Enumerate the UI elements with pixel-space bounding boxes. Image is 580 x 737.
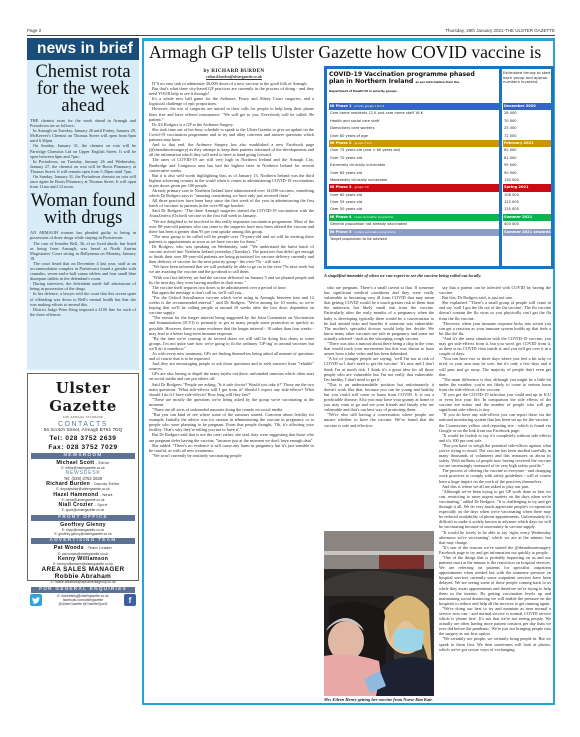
- story-paragraph: She added: "There's no evidence it will …: [149, 443, 314, 453]
- story-paragraph: "It would be lovely to be able to say 'r…: [439, 530, 551, 545]
- brief-paragraph: During interview, the defendant made ful…: [27, 281, 139, 291]
- group-number: 125 000: [503, 199, 551, 206]
- story-paragraph: "This is an understandable position but …: [324, 382, 434, 413]
- story-paragraph: say that a patient can be infected with …: [439, 285, 551, 295]
- group-number: [503, 236, 551, 243]
- brief-stories: Chemist rota for the week aheadTHE chemi…: [27, 64, 139, 317]
- phase-row: NI Phase 5routine vaccination programme: [329, 229, 499, 236]
- facebook-icon[interactable]: f: [124, 594, 136, 606]
- brief-paragraph: In Armagh on Tuesday, January 26 until F…: [27, 128, 139, 143]
- story-paragraph: "The next group to be called will be peo…: [149, 234, 314, 244]
- phase-row: NI Phase 2groups 3 to 6: [329, 140, 499, 147]
- group-row: Over 50 years old: [329, 206, 499, 213]
- brief-paragraph: AN ARMAGH woman has pleaded guilty to be…: [27, 230, 139, 240]
- story-paragraph: "If you do have any side-effects you can…: [439, 412, 551, 432]
- group-row: Over 75 years old (and < 80 years old): [329, 147, 499, 154]
- story-paragraph: It's a whole new ball game for the Ardmo…: [149, 96, 314, 106]
- band-newsroom: NEWSROOM: [31, 453, 135, 459]
- area-sales-title: AREA SALES MANAGER: [28, 566, 138, 573]
- story-paragraph: "But you can kind of see where some of t…: [149, 412, 314, 432]
- brief-headline: Woman found with drugs: [29, 193, 137, 227]
- main-story: Armagh GP tells Ulster Gazette how COVID…: [142, 38, 555, 705]
- group-row: Target population to be advised: [329, 236, 499, 243]
- table-values: December 202028 00070 00025 00072 000Feb…: [503, 103, 551, 243]
- news-in-brief: news in brief Chemist rota for the week …: [27, 38, 139, 370]
- story-paragraph: "One of the things that is probably impa…: [439, 555, 551, 606]
- byline: by RICHARD BURDEN: [174, 68, 294, 74]
- brief-headline: Chemist rota for the week ahead: [29, 64, 137, 115]
- group-row: Moderately clinically vulnerable: [329, 177, 499, 184]
- group-number: 90 000: [503, 170, 551, 177]
- story-paragraph: "We are delighted to be involved in this…: [149, 219, 314, 234]
- story-paragraph: "And it's the same situation with the CO…: [439, 336, 551, 356]
- group-number: 72 000: [503, 133, 551, 140]
- social-text: E: Advertising@ulstergazette.co.uk faceb…: [57, 594, 108, 607]
- band-general-enquiries: FOR GENERAL ENQUIRIES CONTACT: [31, 587, 135, 593]
- brief-paragraph: In Portadown, on Tuesday, January 26 and…: [27, 159, 139, 174]
- group-number: 70 000: [503, 118, 551, 125]
- top-rule: [27, 35, 555, 36]
- story-paragraph: As with every new treatment, GPs are fin…: [149, 351, 314, 361]
- phase-row: NI Phase 1priority groups 1 and 2: [329, 103, 499, 110]
- group-row: Domiciliary care workers: [329, 125, 499, 132]
- contact-email[interactable]: E: robbie.abraham@alphamediagroup.co.uk: [28, 580, 138, 584]
- story-paragraph: Already primary care in Northern Ireland…: [149, 188, 314, 198]
- contact-email[interactable]: E: sport@ulstergazette.co.uk: [28, 508, 138, 512]
- contacts-title: CONTACTS: [28, 421, 138, 428]
- story-paragraph: Dr Rodgers, who was speaking on Wednesda…: [149, 244, 314, 264]
- phase-timing: Summer 2021 onwards: [503, 229, 551, 236]
- phase-timing: Summer 2021: [503, 214, 551, 221]
- table-caption: A simplified timetable of when we can ex…: [324, 273, 554, 278]
- story-paragraph: But it is also well worth highlighting t…: [149, 173, 314, 188]
- story-paragraph: "However, when your immune response kick…: [439, 321, 551, 336]
- group-number: 62 000: [503, 147, 551, 154]
- social-links: E: Advertising@ulstergazette.co.uk faceb…: [28, 594, 138, 607]
- story-paragraph: "But you have to weigh the potential sid…: [439, 443, 551, 468]
- contacts-box: Ulster Gazette AND ARMAGH STANDARD CONTA…: [27, 373, 139, 581]
- story-paragraph: "We won't currently be routinely vaccina…: [149, 453, 314, 458]
- story-paragraph: "With our first delivery we had the vacc…: [149, 275, 314, 285]
- story-paragraph: She took time out of her busy schedule t…: [149, 127, 314, 142]
- phase-row: NI Phase 3groups 7-9: [329, 184, 499, 191]
- story-paragraph: "These are mostly the questions we're be…: [149, 397, 314, 407]
- story-paragraph: "The reason for the longer interval bein…: [149, 315, 314, 335]
- group-row: Over 60 years old: [329, 192, 499, 199]
- story-paragraph: "We have been informed that we will prob…: [149, 264, 314, 274]
- folio: Page 2 Thursday, 28th January 2021-THE U…: [27, 28, 555, 35]
- story-paragraph: But that's what three city-based GP prac…: [149, 86, 314, 96]
- table-left: COVID-19 Vaccination programme phased pl…: [329, 71, 499, 243]
- group-number: 106 000: [503, 192, 551, 199]
- story-paragraph: "For the Oxford AstraZeneca vaccine whic…: [149, 295, 314, 315]
- story-paragraph: And they are encouraging people to ask t…: [149, 361, 314, 371]
- story-column-3: say that a patient can be infected with …: [439, 285, 551, 705]
- area-sales-name: Robbie Abraham: [28, 573, 138, 580]
- phase-timing: December 2020: [503, 103, 551, 110]
- story-paragraph: The process of offering the vaccine to e…: [439, 468, 551, 483]
- dateline: Thursday, 28th January 2021-THE ULSTER G…: [445, 28, 555, 33]
- group-row: Extremely clinically vulnerable: [329, 162, 499, 169]
- group-row: Health and social care staff: [329, 118, 499, 125]
- photo-illustration: [324, 531, 434, 696]
- story-paragraph: "We're doing our best to try and maintai…: [439, 606, 551, 637]
- twitter-handles[interactable]: @UlsterGazette @GazetteSport2: [57, 602, 108, 606]
- story-paragraph: "The main difference is that, although y…: [439, 377, 551, 392]
- page-number: Page 2: [27, 28, 41, 33]
- table-divider: [499, 69, 502, 266]
- story-paragraph: "Although we've been trying to get GP wo…: [439, 489, 551, 530]
- group-row: Over 80 years of age: [329, 133, 499, 140]
- masthead-subtitle: AND ARMAGH STANDARD: [28, 415, 138, 419]
- group-row: Over 65 years old: [329, 170, 499, 177]
- vaccination-photo: [324, 531, 434, 696]
- group-number: 135 000: [503, 206, 551, 213]
- group-row: Care home residents 12 K and care home s…: [329, 110, 499, 117]
- story-paragraph: However, the trio of surgeries are unite…: [149, 106, 314, 121]
- byline-email[interactable]: richard.burden@ulstergazette.co.uk: [174, 75, 294, 79]
- brief-paragraph: District Judge Peter King imposed a £100…: [27, 307, 139, 317]
- phase-timing: Spring 2021: [503, 184, 551, 191]
- phase-timing: February 2021: [503, 140, 551, 147]
- fax: Fax: 028 3752 7029: [28, 444, 138, 451]
- contact-email[interactable]: E: geoffrey.glenny@ulstergazette.co.uk: [28, 532, 138, 536]
- table-rows: NI Phase 1priority groups 1 and 2Care ho…: [329, 103, 499, 243]
- group-number: 81 000: [503, 155, 551, 162]
- story-paragraph: GPs are also having to dispel the many m…: [149, 371, 314, 381]
- table-title: COVID-19 Vaccination programme phased pl…: [329, 71, 499, 103]
- story-paragraph: who are pregnant. There's a small caveat…: [324, 285, 434, 341]
- story-paragraph: Said Dr Rodgers: "The three Armagh surge…: [149, 208, 314, 218]
- story-paragraph: All three practices have been busy since…: [149, 198, 314, 208]
- story-paragraph: But Dr Rodgers said that is not the case…: [149, 432, 314, 442]
- table-right: Estimated timing to start each group and…: [503, 71, 551, 243]
- story-paragraph: "By the time we're coming to do second d…: [149, 336, 314, 351]
- newspaper-page: Page 2 Thursday, 28th January 2021-THE U…: [27, 28, 555, 708]
- story-paragraph: She explained: "There's a small group of…: [439, 300, 551, 320]
- group-row: General population not already vaccinate…: [329, 221, 499, 228]
- group-row: Over 70 years old: [329, 155, 499, 162]
- story-paragraph: "We certainly see people, we certainly b…: [439, 636, 551, 651]
- brief-paragraph: On Sunday, January 31, the chemist on ro…: [27, 143, 139, 158]
- group-number: 400 000: [503, 221, 551, 228]
- group-row: Over 55 years old: [329, 199, 499, 206]
- brief-paragraph: The case of Jennifer Bell, 36, of no fix…: [27, 241, 139, 261]
- brief-paragraph: In her defence, a lawyer told the court …: [27, 291, 139, 306]
- news-in-brief-label: news in brief: [27, 38, 139, 60]
- phase-row: NI Phase 4mass vaccination programme: [329, 214, 499, 221]
- story-paragraph: "If you get the COVID-19 infection you c…: [439, 392, 551, 412]
- story-paragraph: "It would be foolish to say it's complet…: [439, 433, 551, 443]
- story-paragraph: Said Dr Rodgers: "People are asking, 'Is…: [149, 382, 314, 397]
- table-right-header: Estimated timing to start each group and…: [503, 71, 551, 103]
- brief-paragraph: On Sunday, January 31, the Portadown che…: [27, 174, 139, 189]
- photo-caption: Mrs Eileen Henry getting her vaccine fro…: [324, 697, 434, 702]
- story-paragraph: "A lot of younger people are saying, 'we…: [324, 356, 434, 381]
- story-paragraph: "We're also still having a conversation …: [324, 412, 434, 427]
- story-paragraph: The rates of COVID-19 are still very hig…: [149, 157, 314, 172]
- group-number: 95 000: [503, 162, 551, 169]
- story-column-1: IT'S no easy task to administer 26,000 d…: [149, 81, 314, 701]
- group-number: 130 000: [503, 177, 551, 184]
- story-paragraph: "It's one of the reasons we've started t…: [439, 545, 551, 555]
- brief-paragraph: THE chemist rotas for the week ahead in …: [27, 118, 139, 128]
- story-headline: Armagh GP tells Ulster Gazette how COVID…: [149, 42, 541, 63]
- story-paragraph: "You can have two or three days where yo…: [439, 356, 551, 376]
- telephone: Tel: 028 3752 2639: [28, 435, 138, 442]
- band-front-office: FRONT OFFICE: [31, 515, 135, 521]
- brief-paragraph: The court heard that on December 4 last …: [27, 261, 139, 281]
- twitter-icon[interactable]: [30, 594, 42, 606]
- vaccine-timetable: COVID-19 Vaccination programme phased pl…: [324, 66, 554, 269]
- band-advertising: ADVERTISING TEAM: [31, 538, 135, 544]
- masthead-logo: Ulster Gazette: [28, 379, 138, 415]
- group-number: 28 000: [503, 110, 551, 117]
- story-paragraph: And to that end, the Ardmore Surgery has…: [149, 142, 314, 157]
- story-paragraph: "There was also a rumour about there bei…: [324, 341, 434, 356]
- group-number: 25 000: [503, 125, 551, 132]
- address: 56 Scotch Street, Armagh BT61 7DQ: [28, 428, 138, 433]
